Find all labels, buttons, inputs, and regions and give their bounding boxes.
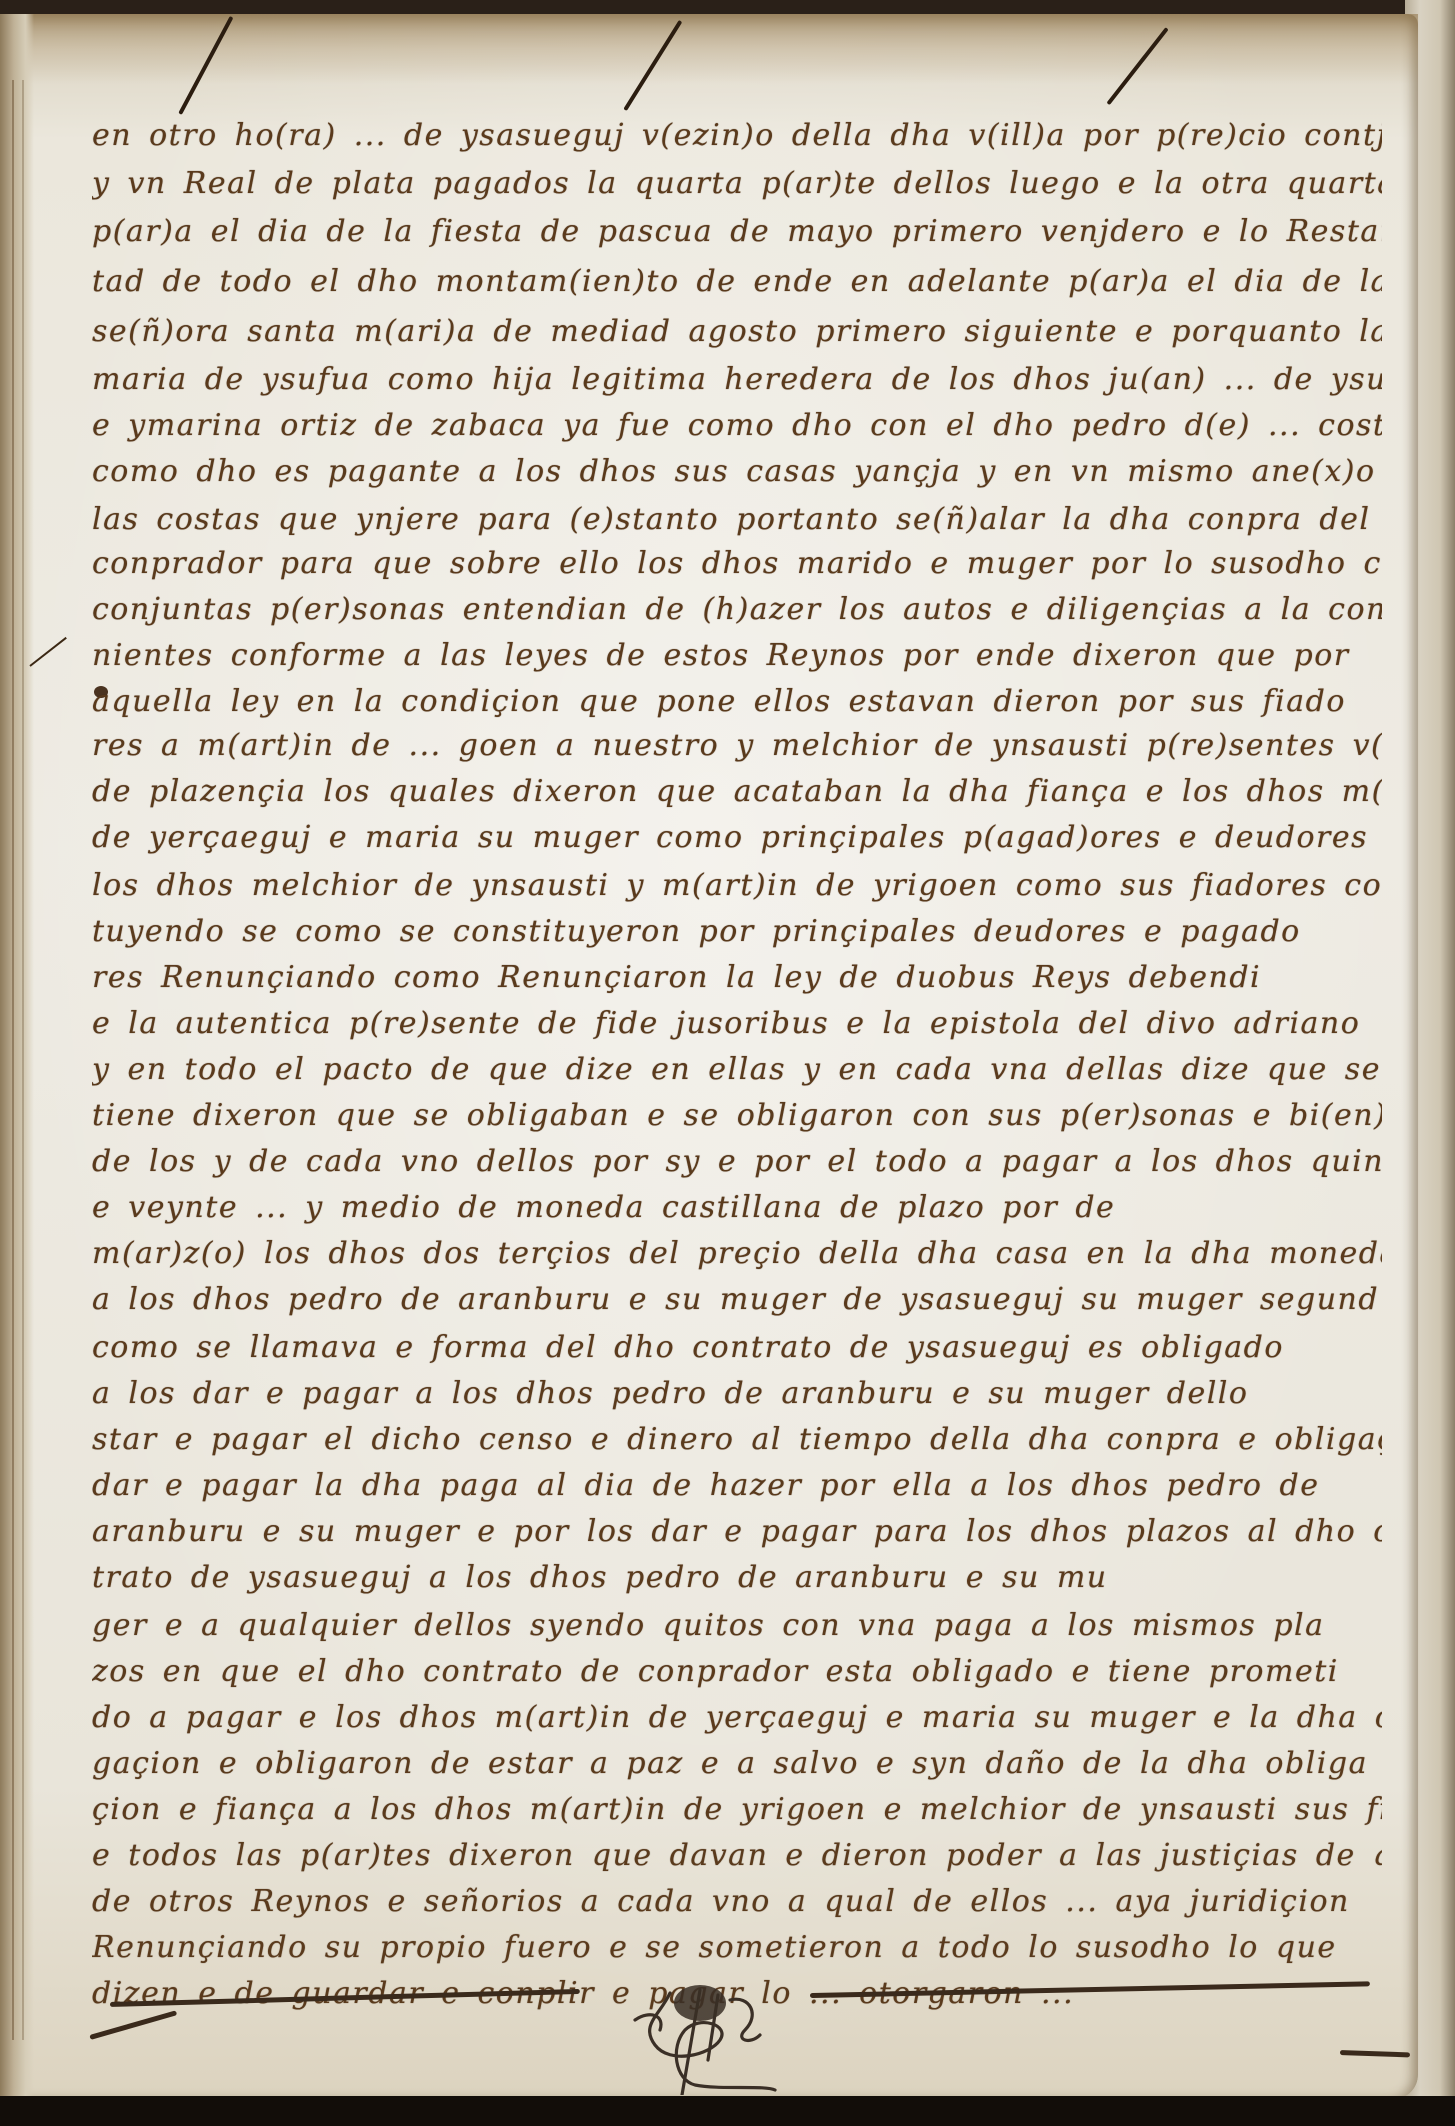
text-line: como dho es pagante a los dhos sus casas… <box>92 454 1382 502</box>
text-line: como se llamava e forma del dho contrato… <box>92 1330 1382 1378</box>
text-line: çion e fiança a los dhos m(art)in de yri… <box>92 1792 1382 1840</box>
gutter-fold-line <box>12 80 14 2040</box>
text-line: ger e a qualquier dellos syendo quitos c… <box>92 1608 1382 1656</box>
text-line: de los y de cada vno dellos por sy e por… <box>92 1144 1382 1192</box>
text-line: aquella ley en la condiçion que pone ell… <box>92 684 1382 732</box>
text-line: trato de ysasueguj a los dhos pedro de a… <box>92 1560 1382 1608</box>
text-line: conprador para que sobre ello los dhos m… <box>92 546 1382 594</box>
text-line: tad de todo el dho montam(ien)to de ende… <box>92 264 1382 312</box>
scan-bottom-edge <box>0 2096 1455 2126</box>
text-line: los dhos melchior de ynsausti y m(art)in… <box>92 868 1382 916</box>
gutter-fold-line <box>22 80 24 2040</box>
binding-gutter <box>0 14 34 2099</box>
text-line: m(ar)z(o) los dhos dos terçios del preçi… <box>92 1236 1382 1284</box>
text-line: gaçion e obligaron de estar a paz e a sa… <box>92 1746 1382 1794</box>
text-line: en otro ho(ra) ... de ysasueguj v(ezin)o… <box>92 118 1382 166</box>
text-line: dar e pagar la dha paga al dia de hazer … <box>92 1468 1382 1516</box>
text-line: y vn Real de plata pagados la quarta p(a… <box>92 166 1382 214</box>
text-line: y en todo el pacto de que dize en ellas … <box>92 1052 1382 1100</box>
text-line: de plazençia los quales dixeron que acat… <box>92 774 1382 822</box>
text-line: aranburu e su muger e por los dar e paga… <box>92 1514 1382 1562</box>
text-line: las costas que ynjere para (e)stanto por… <box>92 502 1382 550</box>
text-line: res a m(art)in de ... goen a nuestro y m… <box>92 728 1382 776</box>
text-line: do a pagar e los dhos m(art)in de yerçae… <box>92 1700 1382 1748</box>
notary-rubric-signature <box>600 1985 800 2095</box>
text-line: e veynte ... y medio de moneda castillan… <box>92 1190 1382 1238</box>
text-line: p(ar)a el dia de la fiesta de pascua de … <box>92 214 1382 262</box>
text-line: e ymarina ortiz de zabaca ya fue como dh… <box>92 408 1382 456</box>
manuscript-scan: en otro ho(ra) ... de ysasueguj v(ezin)o… <box>0 0 1455 2126</box>
text-line: tiene dixeron que se obligaban e se obli… <box>92 1098 1382 1146</box>
text-line: e la autentica p(re)sente de fide jusori… <box>92 1006 1382 1054</box>
text-line: Renunçiando su propio fuero e se sometie… <box>92 1930 1382 1978</box>
text-line: de yerçaeguj e maria su muger como prinç… <box>92 820 1382 868</box>
text-line: a los dhos pedro de aranburu e su muger … <box>92 1282 1382 1330</box>
text-line: tuyendo se como se constituyeron por pri… <box>92 914 1382 962</box>
text-line: e todos las p(ar)tes dixeron que davan e… <box>92 1838 1382 1886</box>
text-line: a los dar e pagar a los dhos pedro de ar… <box>92 1376 1382 1424</box>
text-line: zos en que el dho contrato de conprador … <box>92 1654 1382 1702</box>
text-line: se(ñ)ora santa m(ari)a de mediad agosto … <box>92 314 1382 362</box>
text-line: res Renunçiando como Renunçiaron la ley … <box>92 960 1382 1008</box>
text-line: maria de ysufua como hija legitima hered… <box>92 362 1382 410</box>
text-line: conjuntas p(er)sonas entendian de (h)aze… <box>92 592 1382 640</box>
text-line: star e pagar el dicho censo e dinero al … <box>92 1422 1382 1470</box>
text-line: de otros Reynos e señorios a cada vno a … <box>92 1884 1382 1932</box>
text-line: nientes conforme a las leyes de estos Re… <box>92 638 1382 686</box>
